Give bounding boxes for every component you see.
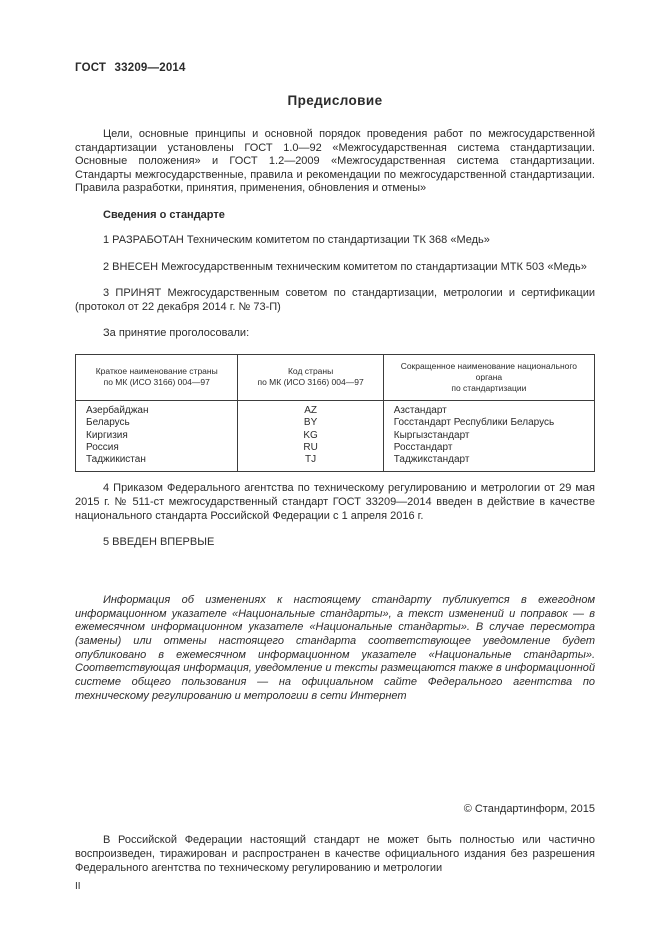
org-cell: Росстандарт: [383, 442, 594, 454]
vote-table-header-row: Краткое наименование страны по МК (ИСО 3…: [76, 354, 595, 400]
vote-table-header-body: Сокращенное наименование национального о…: [383, 354, 594, 400]
page-number: II: [75, 881, 595, 892]
table-row: Беларусь BY Госстандарт Республики Белар…: [76, 417, 595, 429]
foreword-item-5: 5 ВВЕДЕН ВПЕРВЫЕ: [75, 536, 595, 550]
country-cell: Таджикистан: [76, 454, 238, 472]
org-cell: Госстандарт Республики Беларусь: [383, 417, 594, 429]
code-cell: BY: [238, 417, 383, 429]
reproduction-restriction: В Российской Федерации настоящий стандар…: [75, 834, 595, 875]
table-row: Киргизия KG Кыргызстандарт: [76, 430, 595, 442]
org-cell: Азстандарт: [383, 400, 594, 417]
vote-table: Краткое наименование страны по МК (ИСО 3…: [75, 354, 595, 472]
vote-table-header-code: Код страны по МК (ИСО 3166) 004—97: [238, 354, 383, 400]
header-line: по стандартизации: [451, 383, 526, 393]
org-cell: Таджикстандарт: [383, 454, 594, 472]
standard-info-heading: Сведения о стандарте: [75, 209, 595, 221]
code-cell: AZ: [238, 400, 383, 417]
vote-lead-line: За принятие проголосовали:: [75, 327, 595, 341]
copyright-line: © Стандартинформ, 2015: [75, 803, 595, 815]
code-cell: KG: [238, 430, 383, 442]
foreword-item-1: 1 РАЗРАБОТАН Техническим комитетом по ст…: [75, 234, 595, 248]
amendment-note: Информация об изменениях к настоящему ст…: [75, 594, 595, 704]
country-cell: Киргизия: [76, 430, 238, 442]
header-line: Код страны: [288, 366, 333, 376]
header-line: по МК (ИСО 3166) 004—97: [257, 377, 363, 387]
document-page: ГОСТ 33209—2014 Предисловие Цели, основн…: [0, 0, 661, 936]
vote-table-header-country: Краткое наименование страны по МК (ИСО 3…: [76, 354, 238, 400]
country-cell: Беларусь: [76, 417, 238, 429]
code-cell: RU: [238, 442, 383, 454]
table-row: Россия RU Росстандарт: [76, 442, 595, 454]
foreword-item-4: 4 Приказом Федерального агентства по тех…: [75, 482, 595, 523]
header-line: Краткое наименование страны: [96, 366, 218, 376]
foreword-item-3: 3 ПРИНЯТ Межгосударственным советом по с…: [75, 287, 595, 314]
intro-paragraph: Цели, основные принципы и основной поряд…: [75, 128, 595, 196]
header-line: Сокращенное наименование национального о…: [401, 361, 577, 382]
doc-code: ГОСТ 33209—2014: [75, 62, 595, 74]
foreword-item-2: 2 ВНЕСЕН Межгосударственным техническим …: [75, 261, 595, 275]
code-cell: TJ: [238, 454, 383, 472]
header-line: по МК (ИСО 3166) 004—97: [104, 377, 210, 387]
table-row: Таджикистан TJ Таджикстандарт: [76, 454, 595, 472]
country-cell: Азербайджан: [76, 400, 238, 417]
foreword-title: Предисловие: [75, 93, 595, 108]
org-cell: Кыргызстандарт: [383, 430, 594, 442]
country-cell: Россия: [76, 442, 238, 454]
table-row: Азербайджан AZ Азстандарт: [76, 400, 595, 417]
